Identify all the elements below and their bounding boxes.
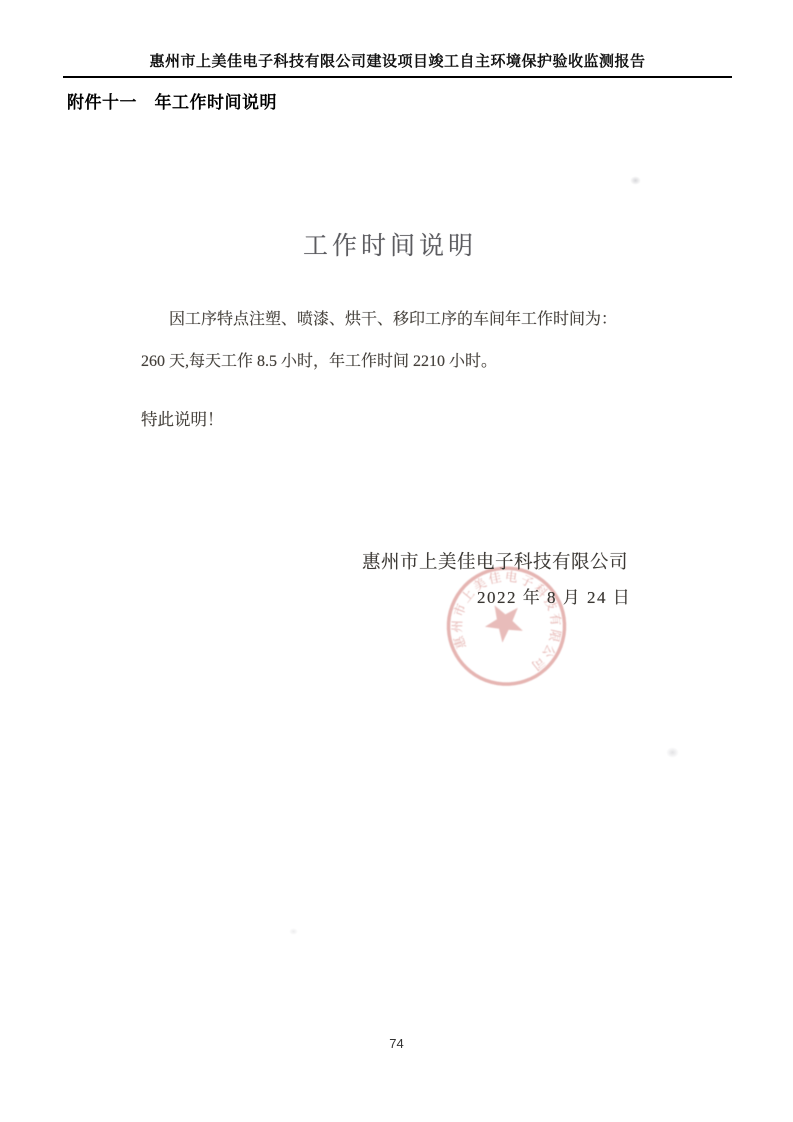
scan-artifact	[666, 747, 679, 758]
attachment-heading: 附件十一 年工作时间说明	[67, 88, 277, 113]
page-number: 74	[0, 1036, 793, 1051]
letter-title: 工作时间说明	[303, 226, 477, 262]
scan-artifact	[630, 176, 641, 185]
report-header-title: 惠州市上美佳电子科技有限公司建设项目竣工自主环境保护验收监测报告	[63, 50, 732, 78]
letter-body: 因工序特点注塑、喷漆、烘干、移印工序的车间年工作时间为： 260 天,每天工作 …	[141, 299, 627, 383]
letter-closing: 特此说明！	[141, 406, 224, 430]
letter-body-line-1: 因工序特点注塑、喷漆、烘干、移印工序的车间年工作时间为：	[141, 299, 627, 341]
letter-body-line-2: 260 天,每天工作 8.5 小时，年工作时间 2210 小时。	[141, 341, 627, 383]
scan-artifact	[289, 928, 298, 935]
report-page: { "page": { "header_title": "惠州市上美佳电子科技有…	[0, 0, 793, 1122]
letter-company-signature: 惠州市上美佳电子科技有限公司	[362, 548, 628, 574]
letter-date: 2022 年 8 月 24 日	[477, 583, 631, 608]
